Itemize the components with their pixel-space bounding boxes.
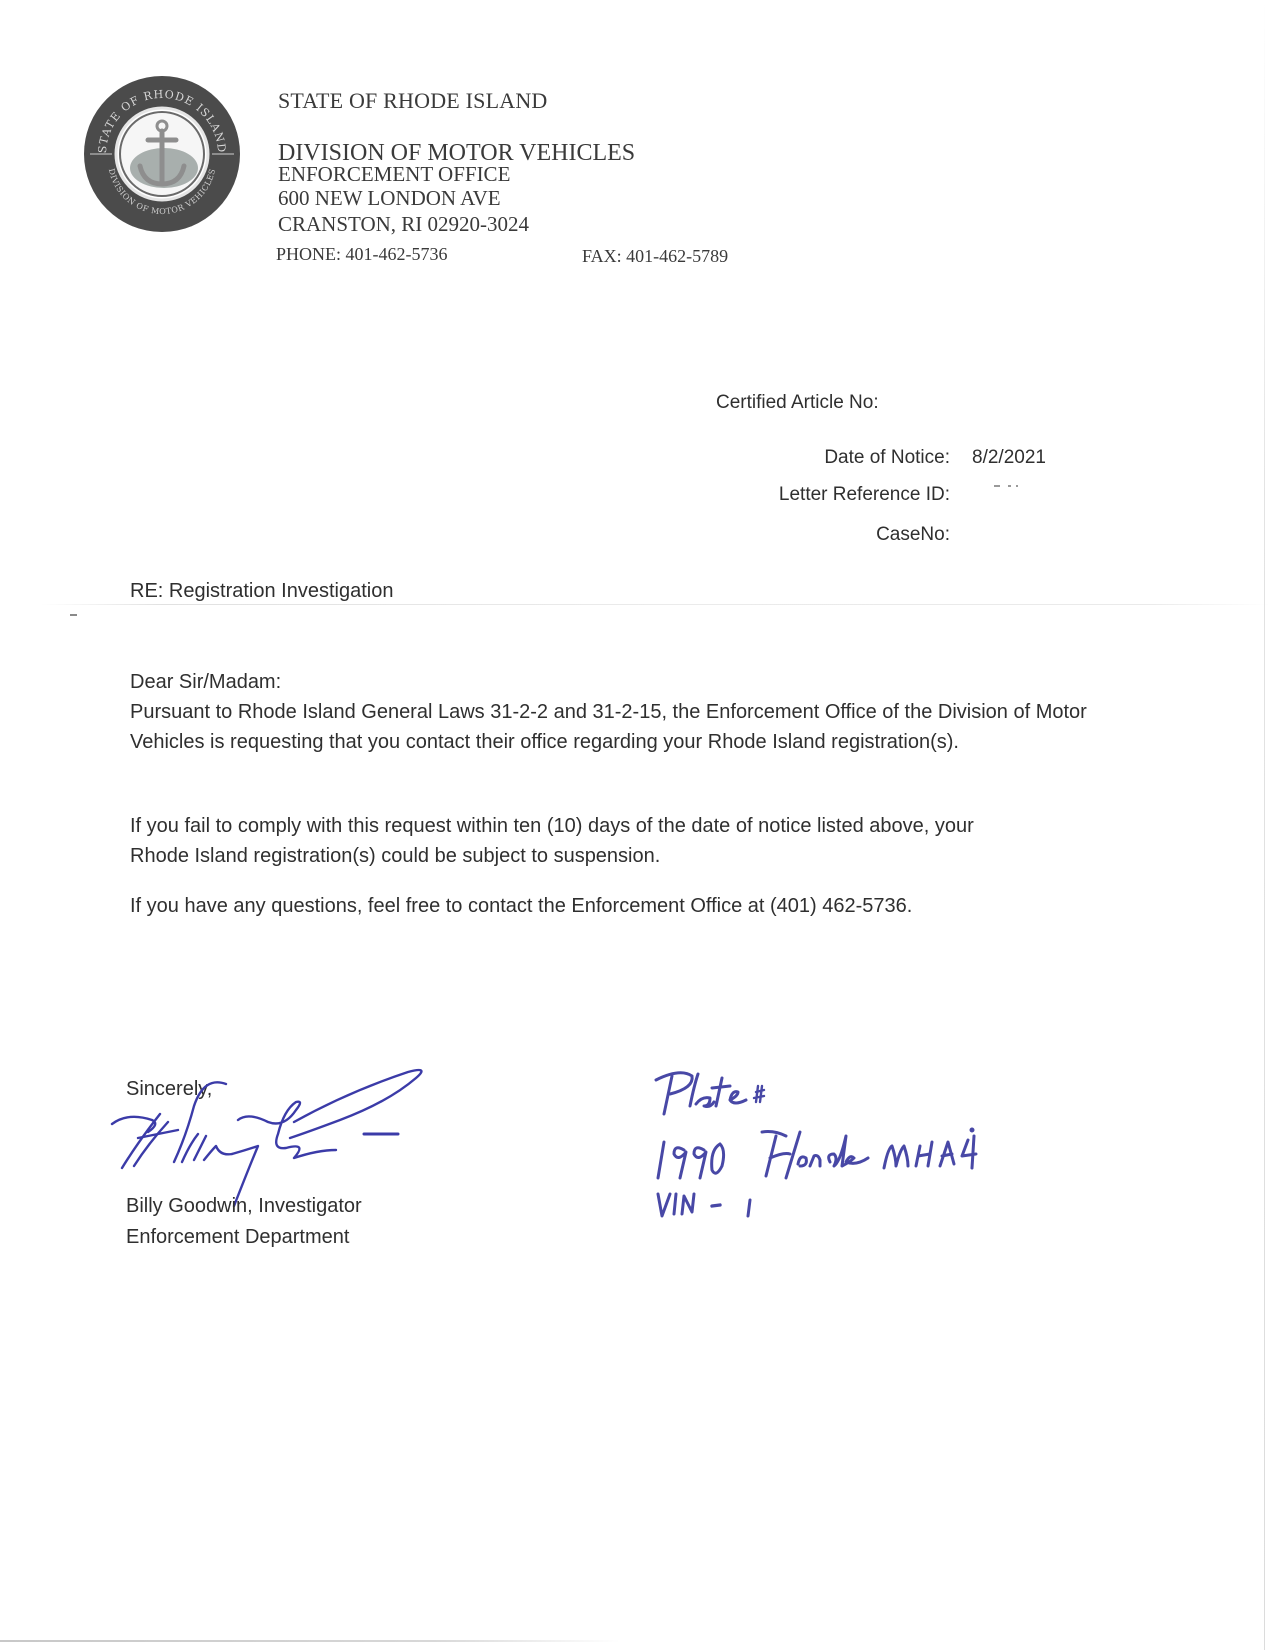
letterhead-office: ENFORCEMENT OFFICE <box>278 162 510 187</box>
signer-department: Enforcement Department <box>126 1226 349 1249</box>
letterhead-phone: PHONE: 401-462-5736 <box>276 244 448 265</box>
letterhead-state: STATE OF RHODE ISLAND <box>278 88 548 114</box>
signer-name: Billy Goodwin, Investigator <box>126 1195 362 1218</box>
scan-edge-bottom <box>0 1640 620 1642</box>
anchor-seal-icon: STATE OF RHODE ISLAND DIVISION OF MOTOR … <box>82 74 242 234</box>
handwritten-signature <box>108 1062 448 1212</box>
letterhead-fax: FAX: 401-462-5789 <box>582 246 728 267</box>
case-no-label: CaseNo: <box>690 524 950 546</box>
letterhead-address: 600 NEW LONDON AVE <box>278 186 501 211</box>
date-of-notice-label: Date of Notice: <box>690 447 950 469</box>
body-paragraph-2: If you fail to comply with this request … <box>130 811 1030 871</box>
letter-reference-label: Letter Reference ID: <box>690 484 950 506</box>
scan-mark <box>70 614 77 616</box>
scan-edge-right <box>1264 0 1265 1650</box>
subject-line: RE: Registration Investigation <box>130 580 393 603</box>
handwritten-vehicle-note <box>650 1066 1030 1226</box>
body-paragraph-1: Pursuant to Rhode Island General Laws 31… <box>130 697 1150 757</box>
letterhead-city: CRANSTON, RI 02920-3024 <box>278 212 529 237</box>
certified-article-label: Certified Article No: <box>716 392 879 414</box>
dmv-seal-logo: STATE OF RHODE ISLAND DIVISION OF MOTOR … <box>82 74 242 234</box>
date-of-notice-value: 8/2/2021 <box>972 447 1046 469</box>
salutation: Dear Sir/Madam: <box>130 667 281 697</box>
letter-reference-value-redacted <box>994 482 1034 488</box>
body-paragraph-3: If you have any questions, feel free to … <box>130 891 912 921</box>
scan-rule <box>40 604 1270 605</box>
